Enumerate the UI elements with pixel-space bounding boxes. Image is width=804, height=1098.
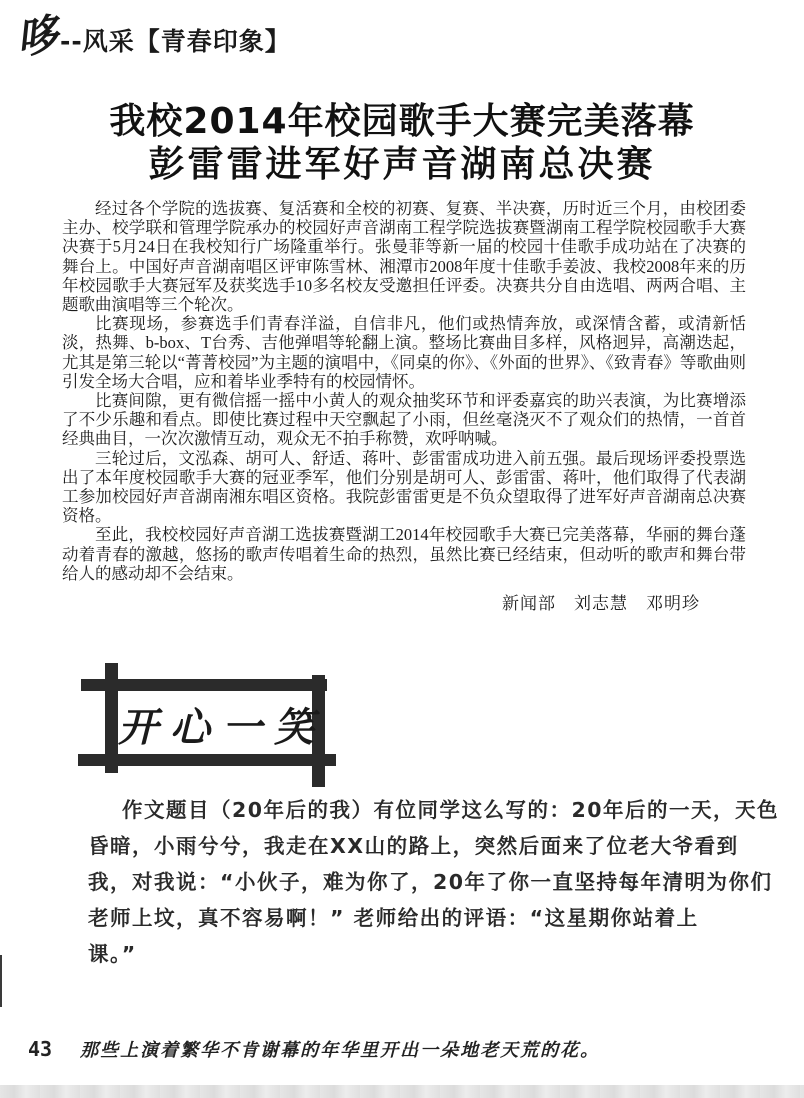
joke-section: 作文题目（20年后的我）有位同学这么写的：20年后的一天，天色 昏暗，小雨兮兮，… xyxy=(88,792,752,972)
page-footer: 43 那些上演着繁华不肯谢幕的年华里开出一朵地老天荒的花。 xyxy=(28,1036,768,1062)
scan-bottom-band xyxy=(0,1085,804,1098)
article-title-line1: 我校2014年校园歌手大赛完美落幕 xyxy=(0,100,804,143)
happy-laugh-title: 开心一笑 xyxy=(118,696,314,753)
article-body: 经过各个学院的选拔赛、复活赛和全校的初赛、复赛、半决赛，历时近三个月，由校团委主… xyxy=(62,199,746,613)
article-paragraph: 至此，我校校园好声音湖工选拔赛暨湖工2014年校园歌手大赛已完美落幕，华丽的舞台… xyxy=(62,525,746,583)
article-paragraph: 比赛间隙，更有微信摇一摇中小黄人的观众抽奖环节和评委嘉宾的助兴表演，为比赛增添了… xyxy=(62,391,746,449)
music-note-logo-glyph: 哆 xyxy=(13,13,60,60)
article-byline: 新闻部 刘志慧 邓明珍 xyxy=(62,594,746,613)
article-paragraph: 比赛现场，参赛选手们青春洋溢，自信非凡，他们或热情奔放，或深情含蓄，或清新恬淡，… xyxy=(62,314,746,391)
joke-line: 昏暗，小雨兮兮，我走在XX山的路上，突然后面来了位老大爷看到 xyxy=(88,828,752,864)
scan-edge-mark xyxy=(0,955,2,1007)
joke-line: 作文题目（20年后的我）有位同学这么写的：20年后的一天，天色 xyxy=(88,792,752,828)
article-paragraph: 经过各个学院的选拔赛、复活赛和全校的初赛、复赛、半决赛，历时近三个月，由校团委主… xyxy=(62,199,746,314)
article-paragraph: 三轮过后，文泓森、胡可人、舒适、蒋叶、彭雷雷成功进入前五强。最后现场评委投票选出… xyxy=(62,449,746,526)
joke-line: 老师上坟，真不容易啊！” 老师给出的评语：“这星期你站着上 xyxy=(88,900,752,936)
joke-line: 课。” xyxy=(88,936,752,972)
footer-quote: 那些上演着繁华不肯谢幕的年华里开出一朵地老天荒的花。 xyxy=(80,1036,600,1062)
happy-laugh-box: 开心一笑 xyxy=(78,656,340,792)
joke-line: 我，对我说：“小伙子，难为你了，20年了你一直坚持每年清明为你们 xyxy=(88,864,752,900)
article-title: 我校2014年校园歌手大赛完美落幕 彭雷雷进军好声音湖南总决赛 xyxy=(0,100,804,186)
article-title-line2: 彭雷雷进军好声音湖南总决赛 xyxy=(0,143,804,186)
magazine-page: 哆 --风采【青春印象】 我校2014年校园歌手大赛完美落幕 彭雷雷进军好声音湖… xyxy=(0,0,804,1098)
page-header: 哆 --风采【青春印象】 xyxy=(16,16,291,58)
header-section-title: --风采【青春印象】 xyxy=(60,21,291,54)
frame-bar-left xyxy=(105,663,118,773)
page-number: 43 xyxy=(28,1037,52,1061)
